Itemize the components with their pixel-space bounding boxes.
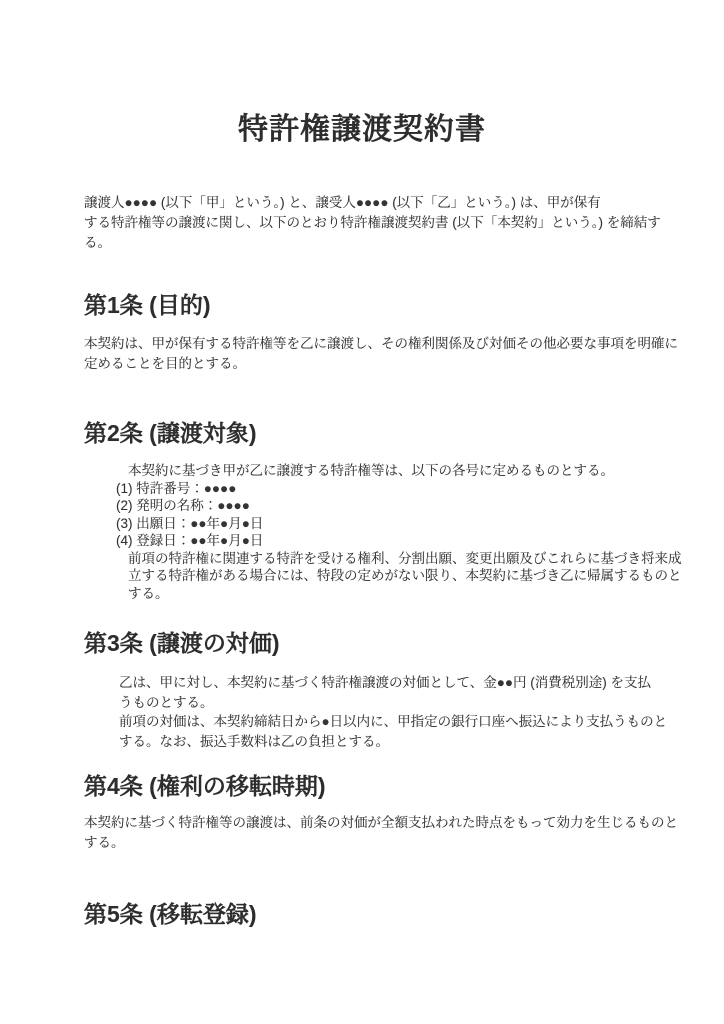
article-4-heading: 第4条 (権利の移転時期) — [84, 771, 326, 801]
preamble-paragraph: 譲渡人●●●● (以下「甲」という。) と、譲受人●●●● (以下「乙」という。… — [84, 193, 661, 253]
contract-document-page: 特許権譲渡契約書 譲渡人●●●● (以下「甲」という。) と、譲受人●●●● (… — [0, 0, 724, 1024]
document-title: 特許権譲渡契約書 — [0, 110, 724, 150]
body-line: 本契約は、甲が保有する特許権等を乙に譲渡し、その権利関係及び対価その他必要な事項… — [84, 334, 678, 354]
article-5-heading: 第5条 (移転登録) — [84, 899, 257, 929]
article-3-heading: 第3条 (譲渡の対価) — [84, 628, 280, 658]
body-line: 乙は、甲に対し、本契約に基づく特許権譲渡の対価として、金●●円 (消費税別途) … — [119, 673, 667, 693]
body-line: 立する特許権がある場合には、特段の定めがない限り、本契約に基づき乙に帰属するもの… — [116, 567, 682, 585]
article-1-heading: 第1条 (目的) — [84, 290, 211, 320]
body-line: 前項の対価は、本契約締結日から●日以内に、甲指定の銀行口座へ振込により支払うもの… — [119, 712, 667, 732]
list-item: (2) 発明の名称：●●●● — [116, 497, 682, 515]
body-line: 定めることを目的とする。 — [84, 354, 678, 374]
body-line: 本契約に基づく特許権等の譲渡は、前条の対価が全額支払われた時点をもって効力を生じ… — [84, 813, 678, 833]
body-line: する。なお、振込手数料は乙の負担とする。 — [119, 732, 667, 752]
article-4-body: 本契約に基づく特許権等の譲渡は、前条の対価が全額支払われた時点をもって効力を生じ… — [84, 813, 678, 853]
article-1-body: 本契約は、甲が保有する特許権等を乙に譲渡し、その権利関係及び対価その他必要な事項… — [84, 334, 678, 374]
preamble-line: る。 — [84, 233, 661, 253]
article-2-intro: 本契約に基づき甲が乙に譲渡する特許権等は、以下の各号に定めるものとする。 — [116, 462, 682, 480]
list-item: (4) 登録日：●●年●月●日 — [116, 532, 682, 550]
body-line: する。 — [116, 585, 682, 603]
list-item: (1) 特許番号：●●●● — [116, 480, 682, 498]
preamble-line: する特許権等の譲渡に関し、以下のとおり特許権譲渡契約書 (以下「本契約」という。… — [84, 213, 661, 233]
article-2-body: 本契約に基づき甲が乙に譲渡する特許権等は、以下の各号に定めるものとする。 (1)… — [116, 462, 682, 602]
list-item: (3) 出願日：●●年●月●日 — [116, 515, 682, 533]
article-3-body: 乙は、甲に対し、本契約に基づく特許権譲渡の対価として、金●●円 (消費税別途) … — [119, 673, 667, 751]
article-2-heading: 第2条 (譲渡対象) — [84, 418, 257, 448]
body-line: 前項の特許権に関連する特許を受ける権利、分割出願、変更出願及びこれらに基づき将来… — [116, 550, 682, 568]
body-line: うものとする。 — [119, 693, 667, 713]
body-line: する。 — [84, 833, 678, 853]
preamble-line: 譲渡人●●●● (以下「甲」という。) と、譲受人●●●● (以下「乙」という。… — [84, 193, 661, 213]
